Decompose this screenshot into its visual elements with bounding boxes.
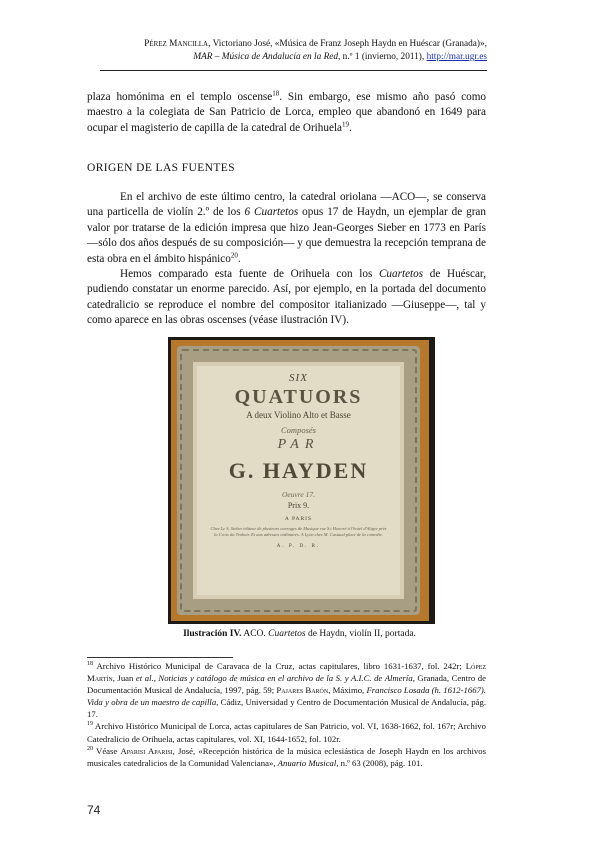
footnote-19: 19 Archivo Histórico Municipal de Lorca,… bbox=[87, 720, 486, 744]
paragraph-2: En el archivo de este último centro, la … bbox=[87, 190, 486, 267]
title-publisher: Chez Le S. Sieber éditeur de plusieurs o… bbox=[209, 526, 388, 538]
header-author-rest: , Victoriano José, «Música de Franz Jose… bbox=[208, 39, 487, 49]
paragraph-2-end: . bbox=[238, 253, 241, 265]
paragraph-1: plaza homónima en el templo oscense18. S… bbox=[87, 90, 486, 136]
title-apdr: A. P. D. R. bbox=[197, 544, 400, 549]
section-heading: ORIGEN DE LAS FUENTES bbox=[87, 162, 235, 174]
caption-label: Ilustración IV. bbox=[183, 629, 241, 639]
footnote-ref-20[interactable]: 20 bbox=[231, 251, 238, 259]
figure-caption: Ilustración IV. ACO. Cuartetos de Haydn,… bbox=[87, 629, 512, 639]
footnotes: 18 Archivo Histórico Municipal de Carava… bbox=[87, 660, 486, 769]
footnote-ref-19[interactable]: 19 bbox=[342, 120, 349, 128]
caption-text-b: de Haydn, violín II, portada. bbox=[306, 629, 416, 639]
paragraph-1-text: plaza homónima en el templo oscense bbox=[87, 91, 272, 103]
footnote-author: Aparisi Aparisi bbox=[120, 746, 172, 756]
footnote-text: Archivo Histórico Municipal de Lorca, ac… bbox=[87, 721, 486, 743]
header-author: Pérez Mancilla bbox=[144, 39, 208, 49]
footnote-italic: et al. bbox=[136, 673, 154, 683]
caption-italic: Cuartetos bbox=[268, 629, 305, 639]
footnote-18: 18 Archivo Histórico Municipal de Carava… bbox=[87, 660, 486, 720]
paragraph-3: Hemos comparado esta fuente de Orihuela … bbox=[87, 267, 486, 329]
paragraph-3-italic: Cuartetos bbox=[379, 268, 423, 280]
footnote-text: , Juan bbox=[113, 673, 136, 683]
footnote-title: Noticias y catálogo de música en el arch… bbox=[158, 673, 412, 683]
page-number: 74 bbox=[87, 803, 100, 817]
running-header: Pérez Mancilla, Victoriano José, «Música… bbox=[100, 38, 487, 64]
header-journal: MAR – Música de Andalucía en la Red bbox=[193, 52, 338, 62]
title-prix: Prix 9. bbox=[197, 501, 400, 510]
title-subtitle: A deux Violino Alto et Basse bbox=[197, 410, 400, 420]
paragraph-2-italic: 6 Cuartetos bbox=[245, 206, 299, 218]
title-par: PAR bbox=[197, 437, 400, 453]
title-page: SIX QUATUORS A deux Violino Alto et Bass… bbox=[197, 366, 400, 595]
paragraph-2-block: En el archivo de este último centro, la … bbox=[87, 190, 486, 329]
illustration-iv-photo: SIX QUATUORS A deux Violino Alto et Bass… bbox=[168, 337, 435, 624]
footnote-20: 20 Véase Aparisi Aparisi, José, «Recepci… bbox=[87, 745, 486, 769]
header-link[interactable]: http://mar.ugr.es bbox=[427, 52, 487, 62]
footnote-text: , Máximo, bbox=[328, 685, 366, 695]
title-oeuvre: Oeuvre 17. bbox=[197, 490, 400, 499]
title-composer: G. HAYDEN bbox=[197, 458, 400, 484]
title-composes: Composés bbox=[197, 425, 400, 435]
footnote-title: Anuario Musical bbox=[278, 758, 337, 768]
header-rule bbox=[100, 70, 487, 71]
footnote-separator bbox=[87, 657, 233, 658]
footnote-text: Véase bbox=[93, 746, 120, 756]
header-issue: , n.º 1 (invierno, 2011), bbox=[338, 52, 427, 62]
caption-text-a: ACO. bbox=[241, 629, 268, 639]
photo-background: SIX QUATUORS A deux Violino Alto et Bass… bbox=[171, 340, 429, 621]
title-page-border: SIX QUATUORS A deux Violino Alto et Bass… bbox=[177, 346, 420, 615]
footnote-author: Pajares Barón bbox=[276, 685, 328, 695]
footnote-text: , n.º 63 (2008), pág. 101. bbox=[336, 758, 422, 768]
footnote-text: Archivo Histórico Municipal de Caravaca … bbox=[93, 661, 466, 671]
paragraph-1-end: . bbox=[349, 122, 352, 134]
title-quatuors: QUATUORS bbox=[197, 386, 400, 409]
title-six: SIX bbox=[197, 372, 400, 384]
paragraph-3-text: Hemos comparado esta fuente de Orihuela … bbox=[120, 268, 379, 280]
title-paris: A PARIS bbox=[197, 516, 400, 522]
